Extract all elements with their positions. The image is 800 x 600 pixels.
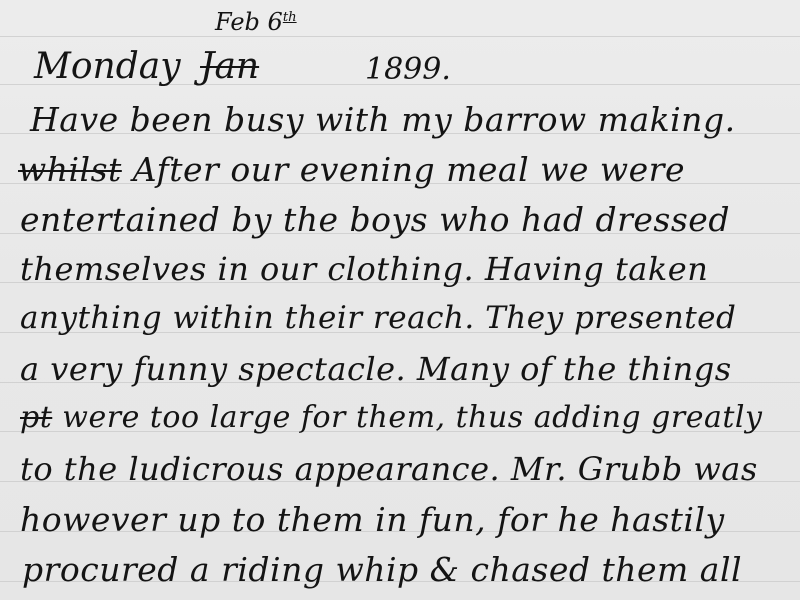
struck-word: pt [20,400,52,435]
diary-line-6: a very funny spectacle. Many of the thin… [20,350,732,388]
line-text: entertained by the boys who had dressed [20,200,730,239]
inserted-month-day: Feb 6 [215,8,283,36]
line-text: Have been busy with my barrow making. [30,100,736,139]
diary-line-9: however up to them in fun, for he hastil… [20,500,725,539]
line-text: to the ludicrous appearance. Mr. Grubb w… [20,450,758,488]
diary-line-1: Have been busy with my barrow making. [30,100,736,139]
weekday: Monday [34,46,181,87]
diary-page: Feb 6th Monday Jan 1899. Have been busy … [0,0,800,600]
struck-word: whilst [18,150,122,189]
diary-line-8: to the ludicrous appearance. Mr. Grubb w… [20,450,758,488]
inserted-date: Feb 6th [215,8,297,36]
struck-month: Jan [200,46,259,87]
line-text: procured a riding whip & chased them all [22,550,742,589]
line-text: however up to them in fun, for he hastil… [20,500,725,539]
line-text: anything within their reach. They presen… [20,300,736,336]
day-suffix: th [283,10,297,25]
ruled-line [0,36,800,37]
diary-line-3: entertained by the boys who had dressed [20,200,730,239]
line-text: a very funny spectacle. Many of the thin… [20,350,732,388]
diary-line-5: anything within their reach. They presen… [20,300,736,336]
diary-line-2: whilst After our evening meal we were [18,150,685,189]
year: 1899. [365,52,451,87]
diary-line-4: themselves in our clothing. Having taken [20,250,708,288]
line-text: After our evening meal we were [122,150,685,189]
entry-date-heading: Monday Jan [34,46,259,87]
line-text: were too large for them, thus adding gre… [52,400,762,435]
diary-line-10: procured a riding whip & chased them all [22,550,742,589]
diary-line-7: pt were too large for them, thus adding … [20,400,762,435]
line-text: themselves in our clothing. Having taken [20,250,708,288]
